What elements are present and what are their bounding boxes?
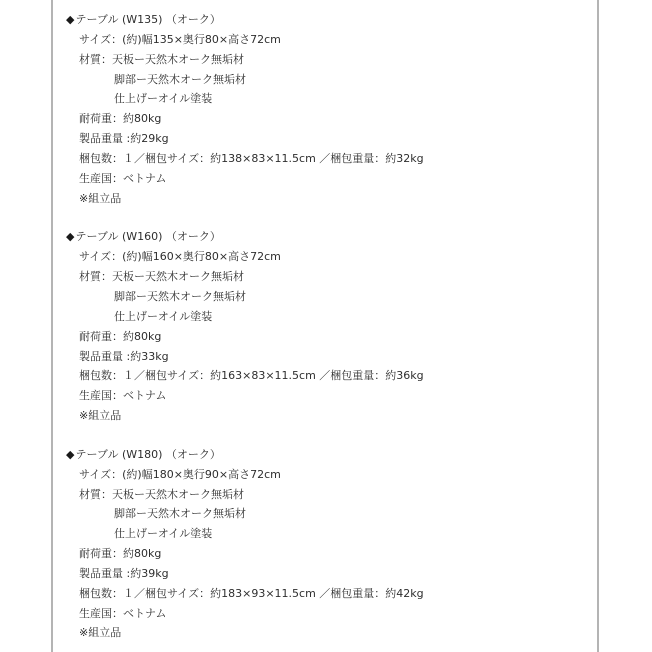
spec-assembly-note: ※組立品: [66, 623, 586, 643]
spec-block-w180: ◆テーブル (W180) （オーク） サイズ：(約)幅180×奥行90×高さ72…: [66, 445, 586, 643]
spec-title: ◆テーブル (W135) （オーク）: [66, 10, 586, 30]
spec-packaging: 梱包数：１／梱包サイズ：約163×83×11.5cm ／梱包重量：約36kg: [66, 366, 586, 386]
spec-load-capacity: 耐荷重：約80kg: [66, 327, 586, 347]
spec-assembly-note: ※組立品: [66, 189, 586, 209]
spec-title-text: テーブル (W135) （オーク）: [75, 13, 220, 26]
spec-material-top: 材質：天板ー天然木オーク無垢材: [66, 50, 586, 70]
spec-material-legs: 脚部ー天然木オーク無垢材: [66, 504, 586, 524]
diamond-bullet-icon: ◆: [66, 227, 74, 247]
spec-title: ◆テーブル (W180) （オーク）: [66, 445, 586, 465]
diamond-bullet-icon: ◆: [66, 10, 74, 30]
spec-load-capacity: 耐荷重：約80kg: [66, 544, 586, 564]
spec-material-legs: 脚部ー天然木オーク無垢材: [66, 70, 586, 90]
spec-size: サイズ：(約)幅180×奥行90×高さ72cm: [66, 465, 586, 485]
spec-material-finish: 仕上げーオイル塗装: [66, 524, 586, 544]
spec-product-weight: 製品重量 :約33kg: [66, 347, 586, 367]
spec-load-capacity: 耐荷重：約80kg: [66, 109, 586, 129]
spec-title-text: テーブル (W180) （オーク）: [75, 448, 220, 461]
spec-list: ◆テーブル (W135) （オーク） サイズ：(約)幅135×奥行80×高さ72…: [66, 10, 586, 643]
spec-block-w135: ◆テーブル (W135) （オーク） サイズ：(約)幅135×奥行80×高さ72…: [66, 10, 586, 208]
spec-size: サイズ：(約)幅135×奥行80×高さ72cm: [66, 30, 586, 50]
spec-title: ◆テーブル (W160) （オーク）: [66, 227, 586, 247]
diamond-bullet-icon: ◆: [66, 445, 74, 465]
spec-material-top: 材質：天板ー天然木オーク無垢材: [66, 485, 586, 505]
spec-block-w160: ◆テーブル (W160) （オーク） サイズ：(約)幅160×奥行80×高さ72…: [66, 227, 586, 425]
spec-origin: 生産国：ベトナム: [66, 169, 586, 189]
spec-material-legs: 脚部ー天然木オーク無垢材: [66, 287, 586, 307]
spec-product-weight: 製品重量 :約39kg: [66, 564, 586, 584]
spec-origin: 生産国：ベトナム: [66, 604, 586, 624]
spec-material-finish: 仕上げーオイル塗装: [66, 89, 586, 109]
spec-product-weight: 製品重量 :約29kg: [66, 129, 586, 149]
spec-material-finish: 仕上げーオイル塗装: [66, 307, 586, 327]
spec-assembly-note: ※組立品: [66, 406, 586, 426]
spec-material-top: 材質：天板ー天然木オーク無垢材: [66, 267, 586, 287]
spec-size: サイズ：(約)幅160×奥行80×高さ72cm: [66, 247, 586, 267]
spec-origin: 生産国：ベトナム: [66, 386, 586, 406]
spec-title-text: テーブル (W160) （オーク）: [75, 230, 220, 243]
spec-packaging: 梱包数：１／梱包サイズ：約183×93×11.5cm ／梱包重量：約42kg: [66, 584, 586, 604]
spec-packaging: 梱包数：１／梱包サイズ：約138×83×11.5cm ／梱包重量：約32kg: [66, 149, 586, 169]
